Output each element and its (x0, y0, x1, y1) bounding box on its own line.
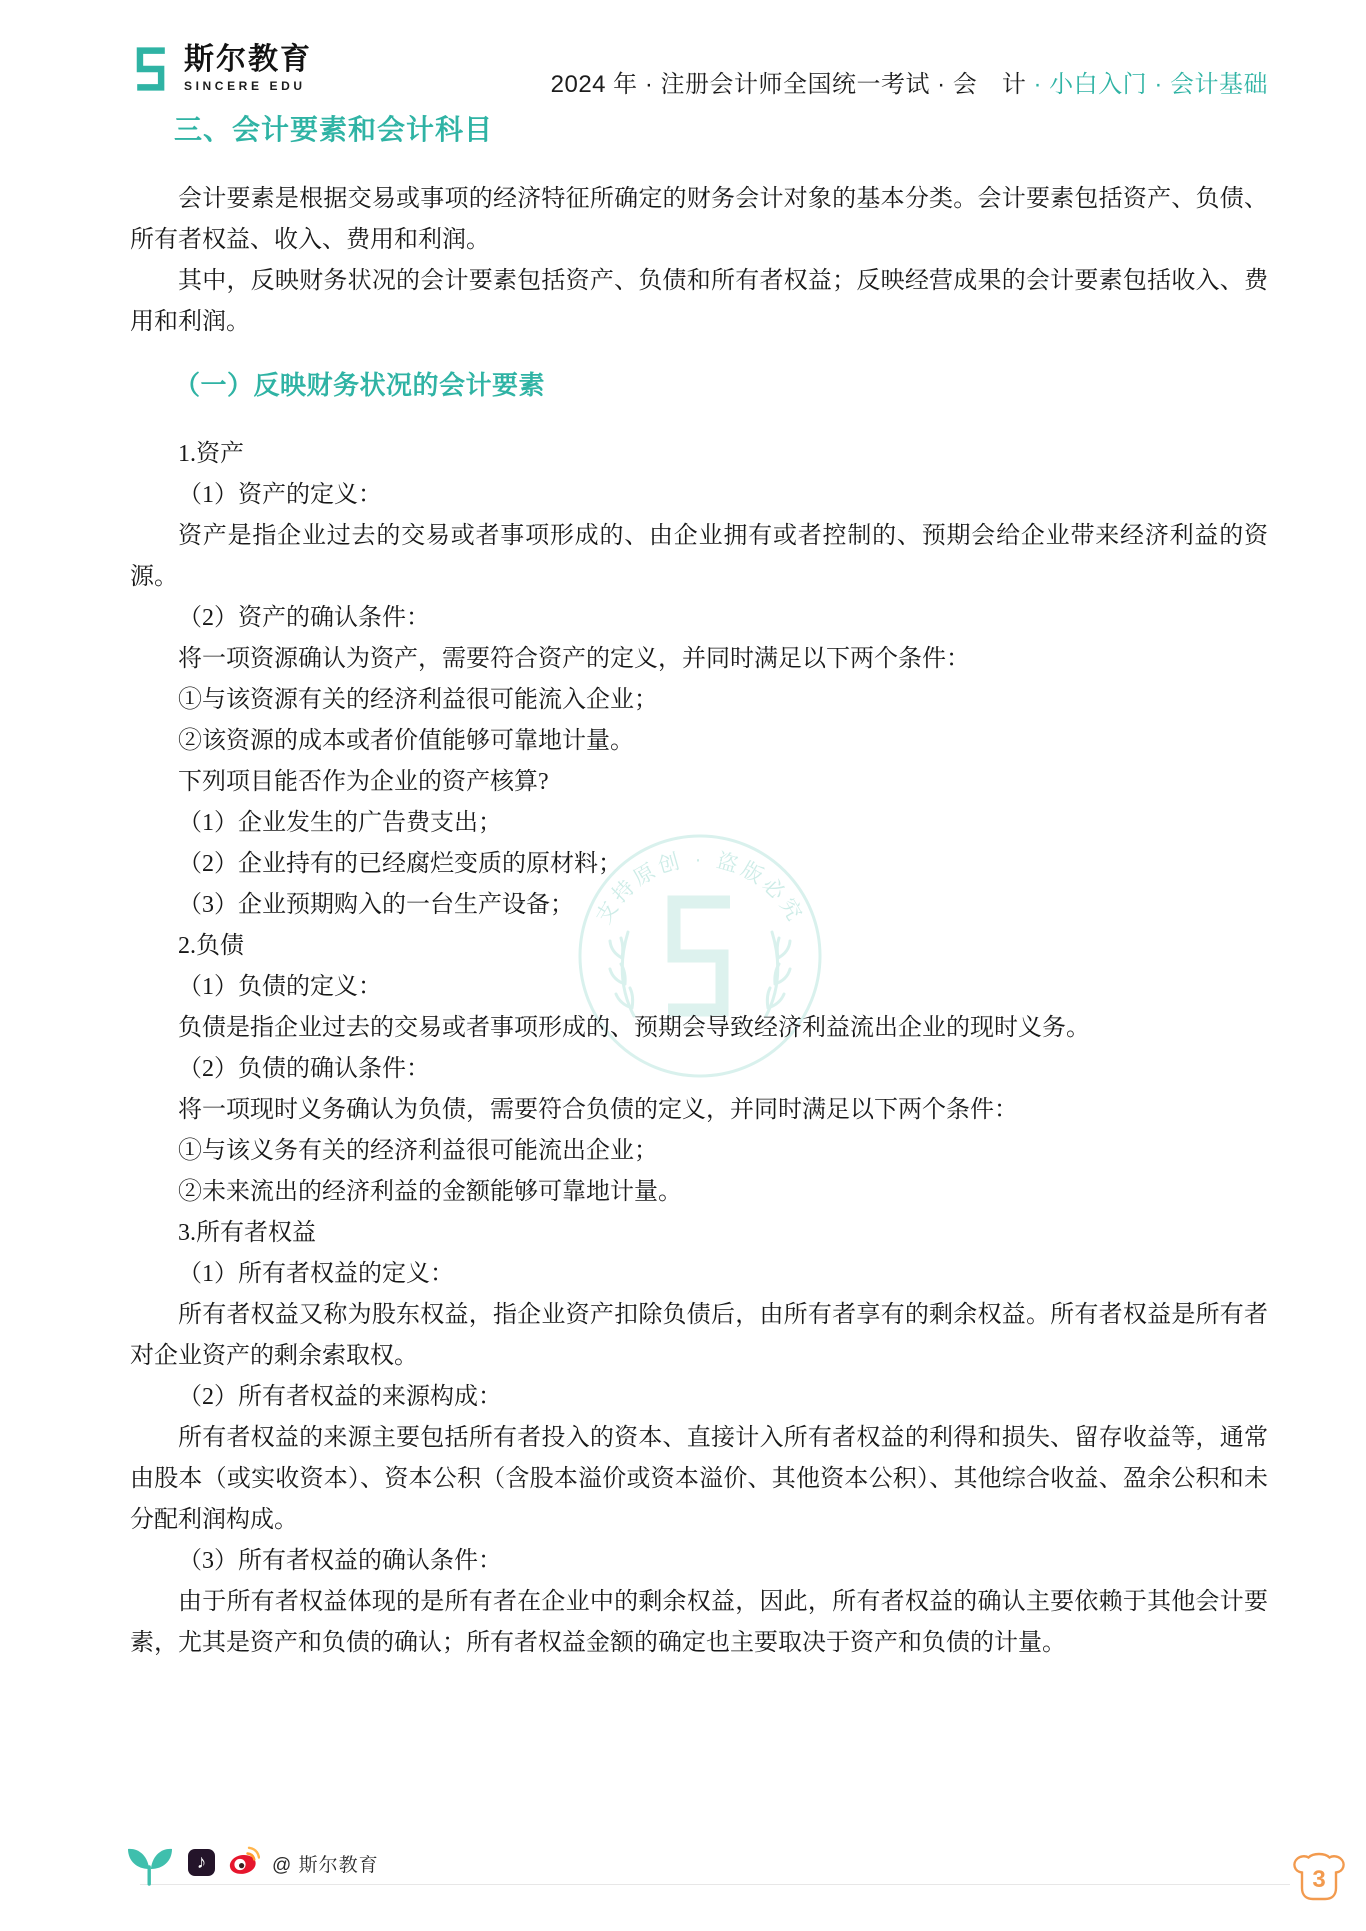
paragraph: （2）资产的确认条件： (130, 598, 1268, 639)
paragraph: 将一项资源确认为资产，需要符合资产的定义，并同时满足以下两个条件： (130, 639, 1268, 680)
brand-name-en: SINCERE EDU (184, 79, 312, 93)
paragraph: （2）企业持有的已经腐烂变质的原材料； (130, 844, 1268, 885)
bread-page-badge: 3 (1290, 1851, 1348, 1903)
paragraph: 1.资产 (130, 434, 1268, 475)
paragraph: （3）所有者权益的确认条件： (130, 1541, 1268, 1582)
footer-divider (140, 1884, 1290, 1885)
paragraph: ①与该义务有关的经济利益很可能流出企业； (130, 1131, 1268, 1172)
brand-name-cn: 斯尔教育 (184, 44, 312, 76)
paragraph: （2）所有者权益的来源构成： (130, 1377, 1268, 1418)
paragraph: ②该资源的成本或者价值能够可靠地计量。 (130, 721, 1268, 762)
paragraph: 资产是指企业过去的交易或者事项形成的、由企业拥有或者控制的、预期会给企业带来经济… (130, 516, 1268, 598)
document-blocks: 会计要素是根据交易或事项的经济特征所确定的财务会计对象的基本分类。会计要素包括资… (130, 179, 1268, 1664)
section-title: 三、会计要素和会计科目 (174, 112, 1268, 148)
brand-logo-icon (128, 44, 174, 94)
paragraph: 所有者权益又称为股东权益，指企业资产扣除负债后，由所有者享有的剩余权益。所有者权… (130, 1295, 1268, 1377)
weibo-icon (228, 1846, 260, 1876)
douyin-icon: ♪ (188, 1849, 215, 1876)
brand-text: 斯尔教育 SINCERE EDU (184, 44, 312, 93)
course-title-teal: · 小白入门 · 会计基础 (1026, 71, 1268, 98)
paragraph: ②未来流出的经济利益的金额能够可靠地计量。 (130, 1172, 1268, 1213)
paragraph: （1）所有者权益的定义： (130, 1254, 1268, 1295)
paragraph: ①与该资源有关的经济利益很可能流入企业； (130, 680, 1268, 721)
paragraph: 其中，反映财务状况的会计要素包括资产、负债和所有者权益；反映经营成果的会计要素包… (130, 261, 1268, 343)
paragraph: （1）资产的定义： (130, 475, 1268, 516)
course-title-black: 2024 年 · 注册会计师全国统一考试 · 会 计 (551, 71, 1027, 98)
document-page: 斯尔教育 SINCERE EDU 2024 年 · 注册会计师全国统一考试 · … (0, 0, 1366, 1931)
paragraph: 3.所有者权益 (130, 1213, 1268, 1254)
paragraph: （1）企业发生的广告费支出； (130, 803, 1268, 844)
paragraph: 2.负债 (130, 926, 1268, 967)
paragraph: （1）负债的定义： (130, 967, 1268, 1008)
paragraph: 由于所有者权益体现的是所有者在企业中的剩余权益，因此，所有者权益的确认主要依赖于… (130, 1582, 1268, 1664)
paragraph: 下列项目能否作为企业的资产核算? (130, 762, 1268, 803)
social-handle: @ 斯尔教育 (272, 1850, 379, 1877)
paragraph: 会计要素是根据交易或事项的经济特征所确定的财务会计对象的基本分类。会计要素包括资… (130, 179, 1268, 261)
header-course-title: 2024 年 · 注册会计师全国统一考试 · 会 计 · 小白入门 · 会计基础 (551, 64, 1268, 99)
page-number: 3 (1312, 1866, 1325, 1893)
sprout-icon (126, 1840, 174, 1886)
brand-logo: 斯尔教育 SINCERE EDU (128, 44, 312, 94)
paragraph: 负债是指企业过去的交易或者事项形成的、预期会导致经济利益流出企业的现时义务。 (130, 1008, 1268, 1049)
document-content: 三、会计要素和会计科目 会计要素是根据交易或事项的经济特征所确定的财务会计对象的… (130, 112, 1268, 1664)
paragraph: （2）负债的确认条件： (130, 1049, 1268, 1090)
paragraph: 将一项现时义务确认为负债，需要符合负债的定义，并同时满足以下两个条件： (130, 1090, 1268, 1131)
paragraph: （3）企业预期购入的一台生产设备； (130, 885, 1268, 926)
sub-section-heading: （一）反映财务状况的会计要素 (130, 368, 1268, 402)
paragraph: 所有者权益的来源主要包括所有者投入的资本、直接计入所有者权益的利得和损失、留存收… (130, 1418, 1268, 1541)
